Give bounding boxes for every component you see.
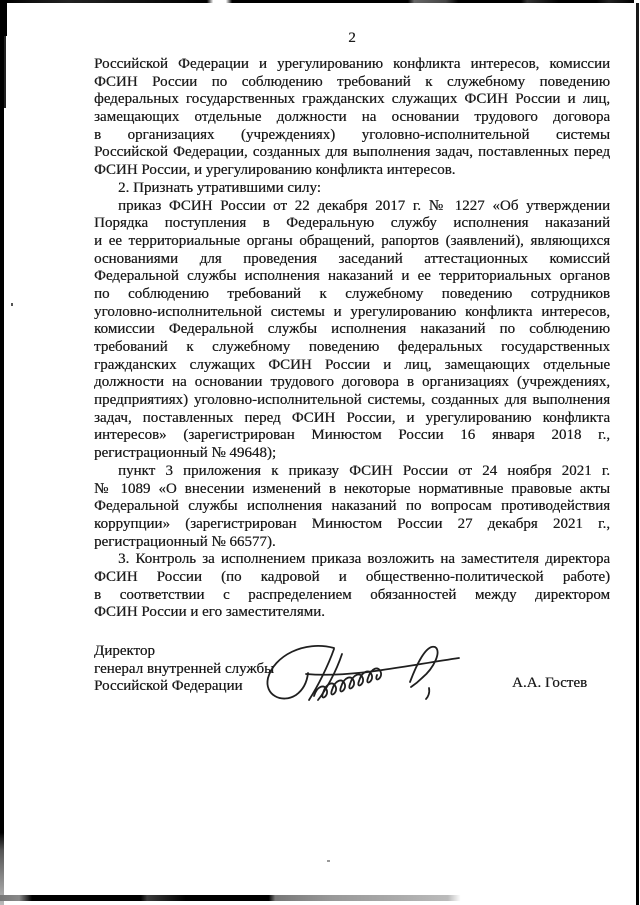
signer-name: А.А. Гостев [512, 675, 587, 692]
scan-edge-top [6, 0, 634, 3]
body-text: Российской Федерации и урегулированию ко… [94, 56, 610, 622]
text-line: регистрационный № 66577). [94, 534, 610, 552]
text-line: 2. Признать утратившими силу: [94, 180, 610, 198]
scan-edge-left [0, 0, 4, 905]
text-line: регистрационный № 49648); [94, 445, 610, 463]
text-line: ФСИН России (по кадровой и общественно-п… [94, 569, 610, 587]
scan-edge-right [636, 3, 639, 905]
text-line: Российской Федерации, созданных для выпо… [94, 144, 610, 162]
text-line: предприятиях) уголовно-исполнительной си… [94, 392, 610, 410]
text-line: 3. Контроль за исполнением приказа возло… [94, 551, 610, 569]
handwritten-signature-icon [252, 638, 464, 710]
text-line: и ее территориальные органы обращений, р… [94, 233, 610, 251]
text-line: коррупции» (зарегистрирован Минюстом Рос… [94, 516, 610, 534]
signer-title-block: Директор генерал внутренней службы Росси… [94, 643, 274, 696]
text-line: по соблюдению требований к служебному по… [94, 286, 610, 304]
scanned-document-page: 2 Российской Федерации и урегулированию … [0, 0, 640, 905]
scan-speck [327, 860, 330, 862]
scan-edge-bottom [0, 895, 640, 901]
text-line: требований к служебному поведению федера… [94, 339, 610, 357]
text-line: ФСИН России по соблюдению требований к с… [94, 74, 610, 92]
text-line: комиссии Федеральной службы исполнения н… [94, 321, 610, 339]
text-line: Российской Федерации и урегулированию ко… [94, 56, 610, 74]
signer-title-line: генерал внутренней службы [94, 661, 274, 679]
text-line: № 1089 «О внесении изменений в некоторые… [94, 481, 610, 499]
text-line: приказ ФСИН России от 22 декабря 2017 г.… [94, 198, 610, 216]
text-line: Порядка поступления в Федеральную службу… [94, 215, 610, 233]
scan-edge-left-thick [4, 36, 6, 108]
text-line: ФСИН России и его заместителями. [94, 604, 610, 622]
signer-title-line: Директор [94, 643, 274, 661]
text-line: интересов» (зарегистрирован Минюстом Рос… [94, 427, 610, 445]
text-line: в соответствии с распределением обязанно… [94, 587, 610, 605]
text-line: ФСИН России, и урегулированию конфликта … [94, 162, 610, 180]
text-line: должности на основании трудового договор… [94, 374, 610, 392]
text-line: пункт 3 приложения к приказу ФСИН России… [94, 463, 610, 481]
text-line: основаниями для проведения заседаний атт… [94, 251, 610, 269]
page-number: 2 [94, 30, 610, 47]
text-line: гражданских служащих ФСИН России и лиц, … [94, 357, 610, 375]
scan-speck [11, 303, 13, 306]
text-line: уголовно-исполнительной системы и урегул… [94, 304, 610, 322]
text-line: задач, поставленных перед ФСИН России, и… [94, 410, 610, 428]
text-line: замещающих отдельные должности на основа… [94, 109, 610, 127]
text-line: в организациях (учреждениях) уголовно-ис… [94, 127, 610, 145]
signer-title-line: Российской Федерации [94, 678, 274, 696]
text-line: Федеральной службы исполнения наказаний … [94, 498, 610, 516]
text-line: федеральных государственных гражданских … [94, 91, 610, 109]
text-line: Федеральной службы исполнения наказаний … [94, 268, 610, 286]
scan-edge-left-corner [0, 0, 7, 36]
